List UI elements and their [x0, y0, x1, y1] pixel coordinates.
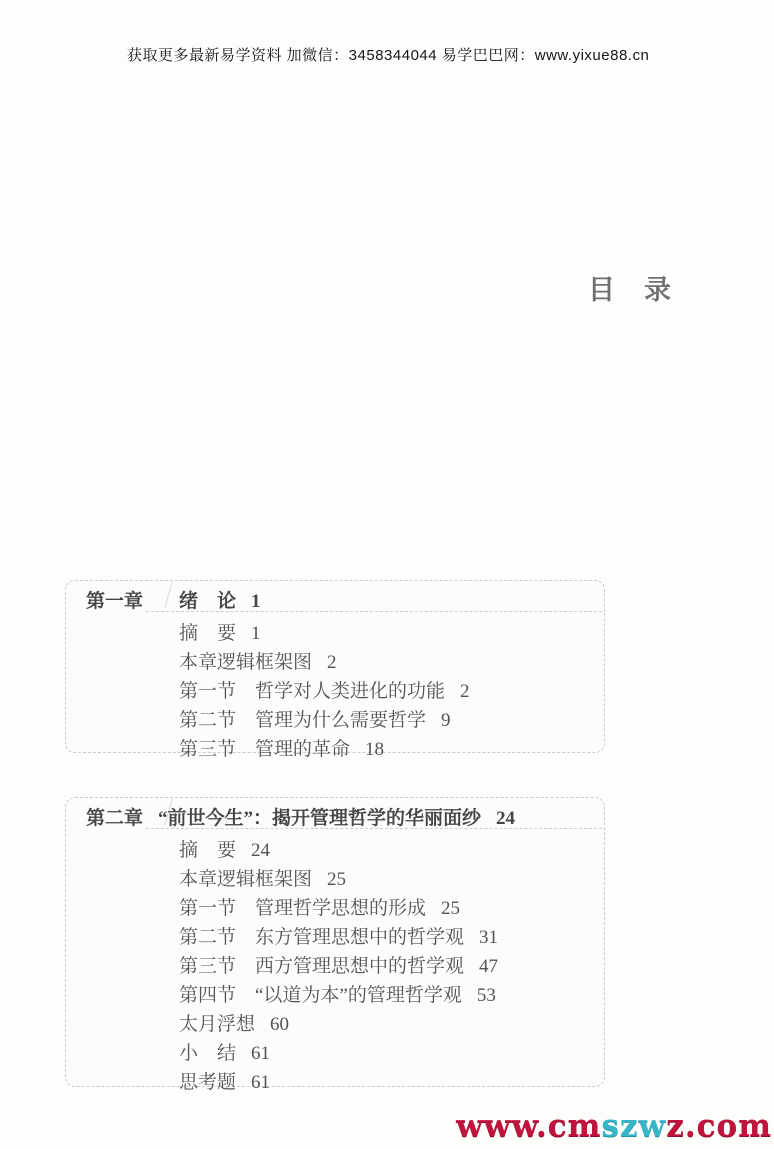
toc-item-text: 第三节 管理的革命 [179, 739, 350, 760]
heading-divider-line [146, 828, 602, 829]
toc-list: 摘 要24 本章逻辑框架图25 第一节 管理哲学思想的形成25 第二节 东方管理… [66, 829, 604, 1097]
toc-item: 第三节 管理的革命18 [179, 735, 604, 764]
toc-item: 第二节 东方管理思想中的哲学观31 [179, 923, 604, 952]
toc-item: 摘 要24 [179, 836, 604, 865]
chapter-title-text: “前世今生”：揭开管理哲学的华丽面纱 [158, 808, 481, 829]
toc-item: 第一节 管理哲学思想的形成25 [179, 894, 604, 923]
toc-item: 第一节 哲学对人类进化的功能2 [179, 677, 604, 706]
toc-item-text: 第四节 “以道为本”的管理哲学观 [179, 985, 462, 1006]
page-number: 9 [441, 710, 451, 731]
chapter-label: 第二章 [86, 803, 143, 830]
toc-item-text: 第一节 管理哲学思想的形成 [179, 898, 426, 919]
toc-item-text: 本章逻辑框架图 [179, 869, 312, 890]
page-title: 目 录 [588, 268, 672, 307]
toc-item-text: 第二节 东方管理思想中的哲学观 [179, 927, 464, 948]
toc-list: 摘 要1 本章逻辑框架图2 第一节 哲学对人类进化的功能2 第二节 管理为什么需… [66, 612, 604, 764]
page-number: 2 [327, 652, 337, 673]
chapter-block-1: 第一章 绪 论1 摘 要1 本章逻辑框架图2 第一节 哲学对人类进化的功能2 第… [65, 580, 605, 753]
heading-divider-line [146, 611, 602, 612]
toc-item-text: 本章逻辑框架图 [179, 652, 312, 673]
watermark-segment: z.com [666, 1108, 772, 1144]
page-number: 18 [365, 739, 384, 760]
toc-item: 第三节 西方管理思想中的哲学观47 [179, 952, 604, 981]
toc-item: 小 结61 [179, 1039, 604, 1068]
page-number: 1 [251, 623, 261, 644]
page-number: 61 [251, 1043, 270, 1064]
page-number: 60 [270, 1014, 289, 1035]
page-number: 53 [477, 985, 496, 1006]
toc-item-text: 第一节 哲学对人类进化的功能 [179, 681, 445, 702]
page-number: 1 [251, 591, 261, 612]
header-note: 获取更多最新易学资料 加微信：3458344044 易学巴巴网：www.yixu… [127, 44, 649, 65]
chapter-block-2: 第二章 “前世今生”：揭开管理哲学的华丽面纱24 摘 要24 本章逻辑框架图25… [65, 797, 605, 1087]
page-number: 25 [441, 898, 460, 919]
chapter-title-text: 绪 论 [179, 591, 236, 612]
toc-item: 第四节 “以道为本”的管理哲学观53 [179, 981, 604, 1010]
page-number: 47 [479, 956, 498, 977]
toc-item: 本章逻辑框架图25 [179, 865, 604, 894]
toc-item-text: 摘 要 [179, 840, 236, 861]
chapter-label: 第一章 [86, 586, 143, 613]
toc-item-text: 思考题 [179, 1072, 236, 1093]
toc-item: 本章逻辑框架图2 [179, 648, 604, 677]
toc-item: 思考题61 [179, 1068, 604, 1097]
page-number: 24 [496, 808, 515, 829]
page-number: 24 [251, 840, 270, 861]
chapter-heading: 第二章 “前世今生”：揭开管理哲学的华丽面纱24 [66, 798, 604, 829]
watermark: www.cmszwz.com [456, 1108, 772, 1144]
page-number: 2 [460, 681, 470, 702]
toc-item-text: 第三节 西方管理思想中的哲学观 [179, 956, 464, 977]
toc-item-text: 第二节 管理为什么需要哲学 [179, 710, 426, 731]
toc-item: 第二节 管理为什么需要哲学9 [179, 706, 604, 735]
toc-item-text: 太月浮想 [179, 1014, 255, 1035]
toc-item-text: 摘 要 [179, 623, 236, 644]
scanned-toc-page: 获取更多最新易学资料 加微信：3458344044 易学巴巴网：www.yixu… [0, 0, 774, 1149]
page-number: 25 [327, 869, 346, 890]
chapter-title: “前世今生”：揭开管理哲学的华丽面纱24 [158, 803, 515, 830]
page-number: 61 [251, 1072, 270, 1093]
toc-item: 太月浮想60 [179, 1010, 604, 1039]
tab-edge-line [152, 582, 172, 608]
watermark-segment: szw [602, 1108, 667, 1144]
toc-item: 摘 要1 [179, 619, 604, 648]
toc-item-text: 小 结 [179, 1043, 236, 1064]
watermark-segment: www.cm [456, 1108, 601, 1144]
chapter-title: 绪 论1 [179, 586, 261, 613]
page-number: 31 [479, 927, 498, 948]
chapter-heading: 第一章 绪 论1 [66, 581, 604, 612]
